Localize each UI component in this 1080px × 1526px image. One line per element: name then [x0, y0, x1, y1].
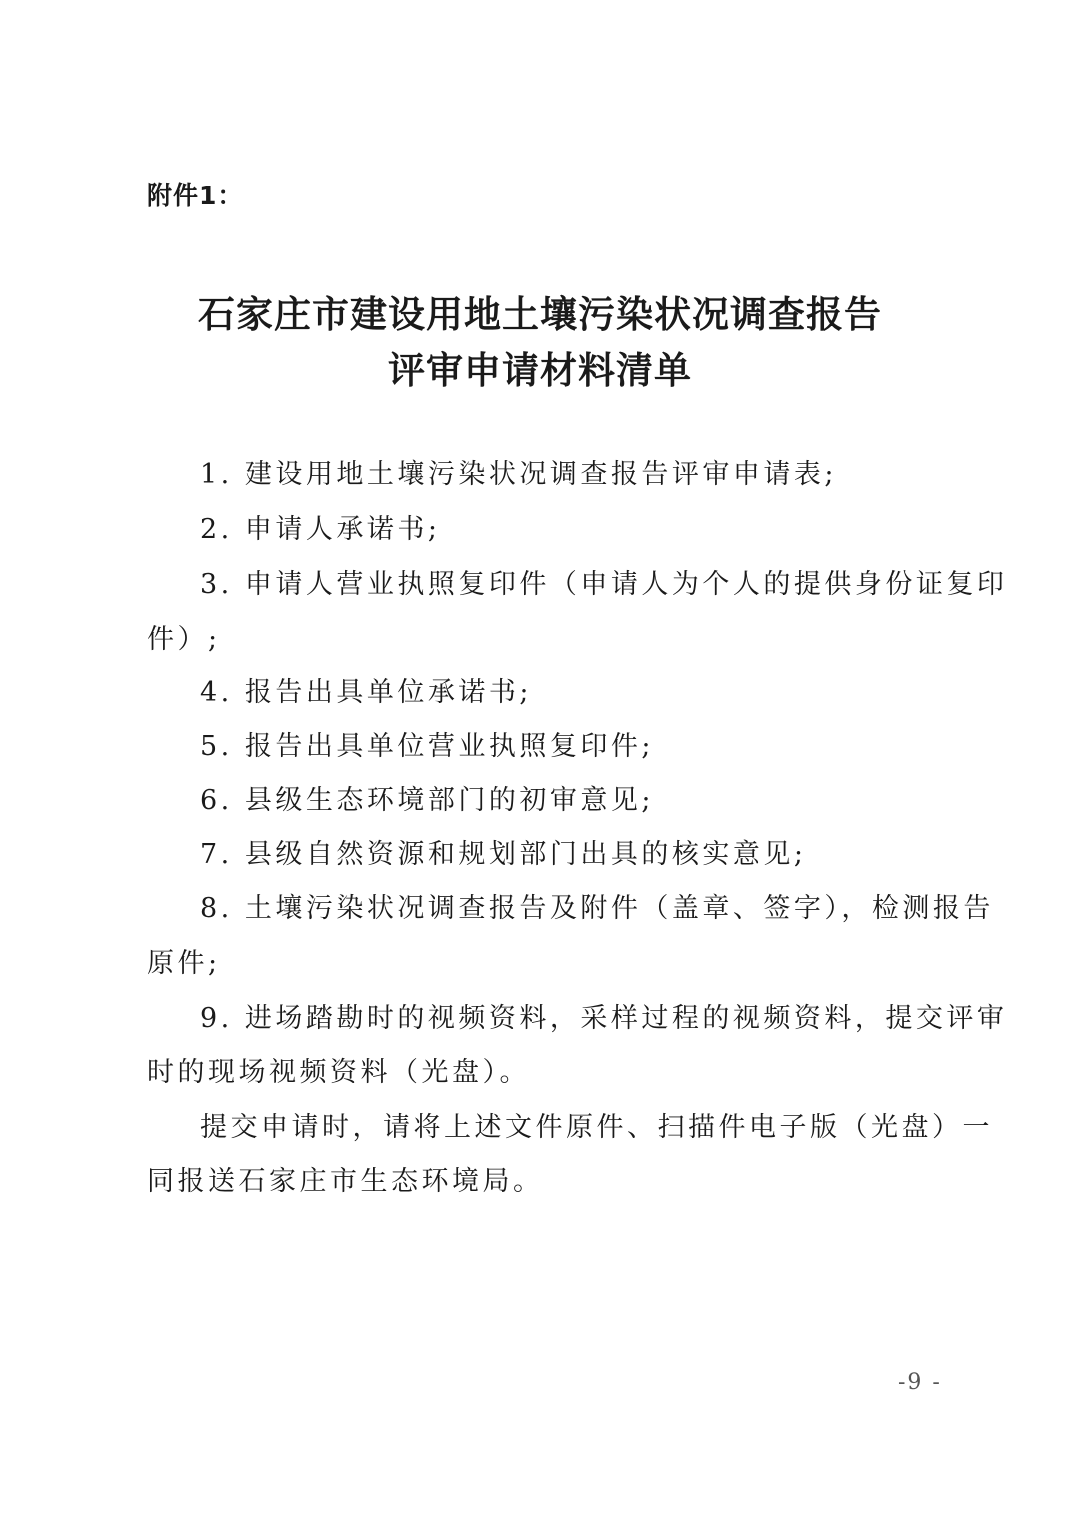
- list-item-2: 2. 申请人承诺书;: [200, 507, 1000, 546]
- list-item-8-cont: 原件;: [147, 941, 947, 980]
- document-title-line-2: 评审申请材料清单: [0, 340, 1080, 394]
- submission-note-cont: 同报送石家庄市生态环境局。: [147, 1159, 947, 1198]
- attachment-label: 附件1：: [147, 176, 243, 212]
- list-item-8: 8. 土壤污染状况调查报告及附件（盖章、签字），检测报告: [200, 886, 1000, 925]
- page-number: -9 -: [898, 1370, 942, 1395]
- list-item-3-cont: 件）;: [147, 617, 947, 656]
- list-item-9-cont: 时的现场视频资料（光盘）。: [147, 1050, 947, 1089]
- submission-note: 提交申请时，请将上述文件原件、扫描件电子版（光盘）一: [200, 1105, 1000, 1144]
- list-item-6: 6. 县级生态环境部门的初审意见;: [200, 778, 1000, 817]
- list-item-3: 3. 申请人营业执照复印件（申请人为个人的提供身份证复印: [200, 562, 1000, 601]
- list-item-9: 9. 进场踏勘时的视频资料，采样过程的视频资料，提交评审: [200, 996, 1000, 1035]
- list-item-4: 4. 报告出具单位承诺书;: [200, 670, 1000, 709]
- list-item-5: 5. 报告出具单位营业执照复印件;: [200, 724, 1000, 763]
- document-title-line-1: 石家庄市建设用地土壤污染状况调查报告: [0, 284, 1080, 338]
- list-item-1: 1. 建设用地土壤污染状况调查报告评审申请表;: [200, 452, 1000, 491]
- list-item-7: 7. 县级自然资源和规划部门出具的核实意见;: [200, 832, 1000, 871]
